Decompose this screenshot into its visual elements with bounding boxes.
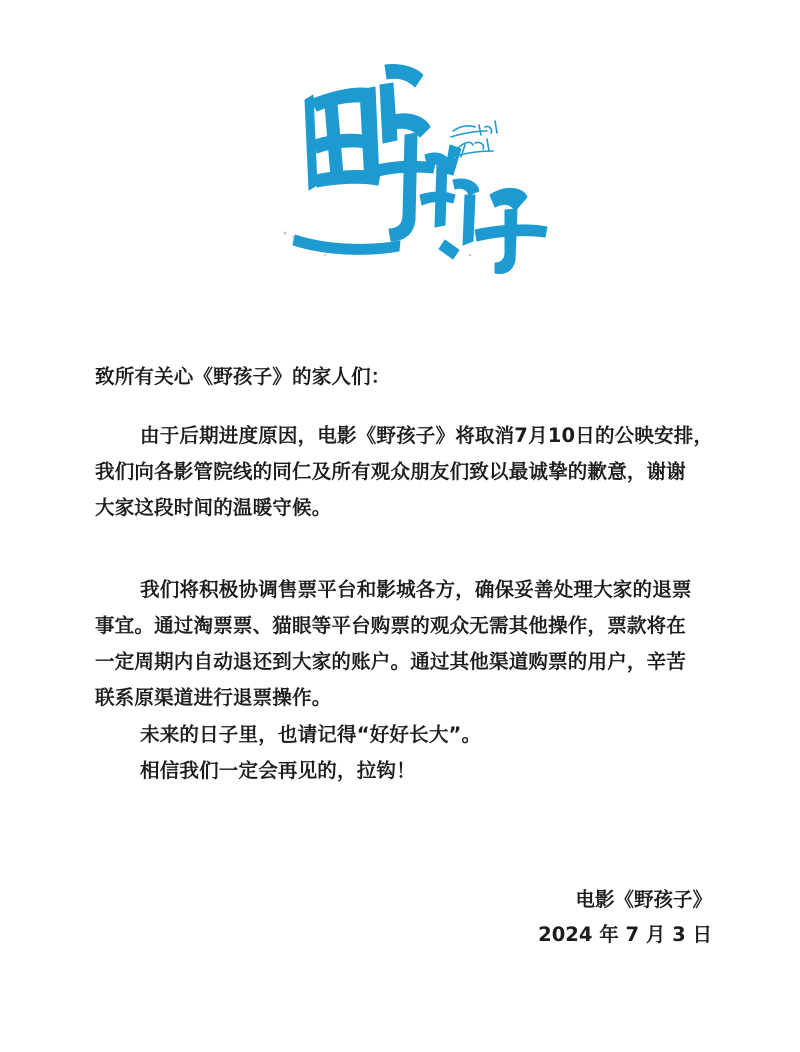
paragraph-line: 我们向各影管院线的同仁及所有观众朋友们致以最诚挚的歉意，谢谢 (95, 460, 686, 484)
calligraphy-logo-icon (265, 45, 555, 285)
closing-line: 未来的日子里，也请记得“好好长大”。 (140, 723, 481, 747)
paragraph-line: 联系原渠道进行退票操作。 (95, 686, 331, 710)
paragraph-line: 我们将积极协调售票平台和影城各方，确保妥善处理大家的退票 (140, 578, 692, 602)
paragraph-line: 由于后期进度原因，电影《野孩子》将取消7月10日的公映安排， (140, 424, 713, 448)
paragraph-line: 大家这段时间的温暖守候。 (95, 496, 331, 520)
signature-date: 2024 年 7 月 3 日 (538, 923, 712, 947)
movie-logo (265, 45, 555, 285)
signature-sender: 电影《野孩子》 (575, 888, 712, 912)
closing-line: 相信我们一定会再见的，拉钩！ (140, 759, 416, 783)
paragraph-line: 事宜。通过淘票票、猫眼等平台购票的观众无需其他操作，票款将在 (95, 614, 686, 638)
paragraph-line: 一定周期内自动退还到大家的账户。通过其他渠道购票的用户，辛苦 (95, 650, 686, 674)
salutation: 致所有关心《野孩子》的家人们： (95, 365, 391, 389)
